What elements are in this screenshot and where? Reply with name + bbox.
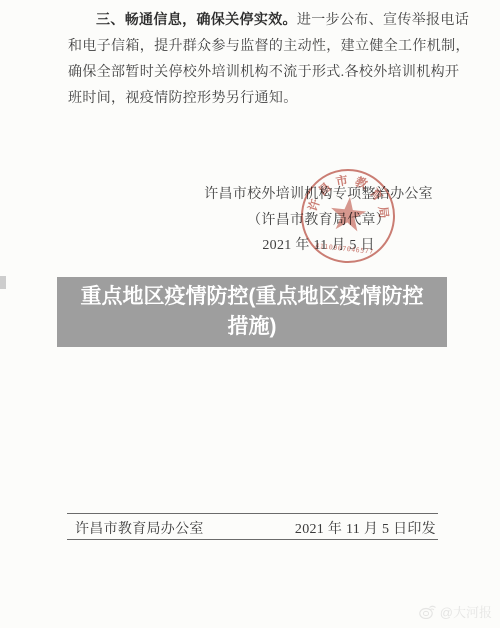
paragraph-text: 进一步公布、宣传举报电话	[297, 13, 469, 28]
photo-edge-artifact	[0, 276, 6, 289]
paragraph-line-2: 和电子信箱，提升群众参与监督的主动性，建立健全工作机制，	[68, 34, 470, 60]
watermark-text: @大河报	[440, 602, 492, 621]
paragraph-heading: 三、畅通信息，确保关停实效。	[96, 13, 297, 28]
seal-star-icon: ★	[325, 189, 371, 239]
caption-overlay: 重点地区疫情防控(重点地区疫情防控 措施)	[57, 277, 447, 347]
weibo-logo-icon	[419, 604, 436, 619]
document-photo: 三、畅通信息，确保关停实效。进一步公布、宣传举报电话 和电子信箱，提升群众参与监…	[0, 0, 500, 628]
paragraph-line-3: 确保全部暂时关停校外培训机构不流于形式.各校外培训机构开	[68, 60, 470, 86]
notice-paragraph: 三、畅通信息，确保关停实效。进一步公布、宣传举报电话 和电子信箱，提升群众参与监…	[68, 8, 470, 112]
print-footer: 许昌市教育局办公室 2021 年 11 月 5 日印发	[67, 513, 438, 540]
seal-rim-char: 局	[375, 205, 393, 219]
caption-line-1: 重点地区疫情防控(重点地区疫情防控	[57, 282, 447, 312]
caption-line-2: 措施)	[57, 312, 447, 342]
paragraph-line-4: 班时间，视疫情防控形势另行通知。	[68, 86, 470, 112]
official-seal: ★ 许 昌 市 教 育 局 4110007046577	[296, 164, 399, 267]
watermark: @大河报	[419, 602, 492, 621]
footer-office: 许昌市教育局办公室	[75, 518, 204, 538]
paragraph-line-1: 三、畅通信息，确保关停实效。进一步公布、宣传举报电话	[68, 8, 470, 34]
footer-print-date: 2021 年 11 月 5 日印发	[295, 518, 436, 538]
